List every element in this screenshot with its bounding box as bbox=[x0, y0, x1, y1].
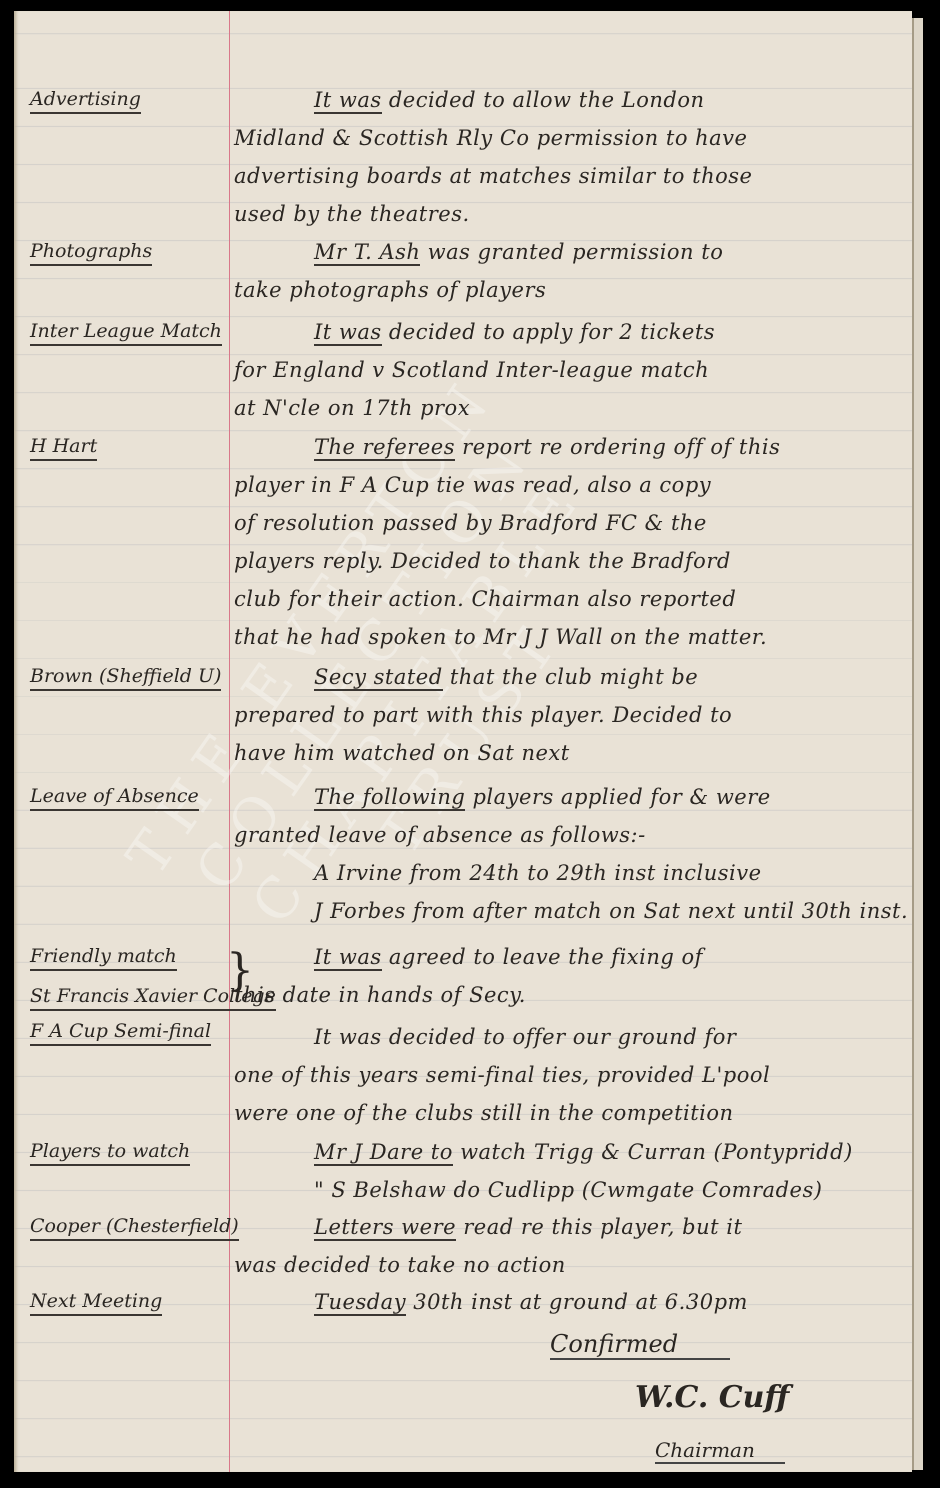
minute-line: granted leave of absence as follows:- bbox=[234, 823, 904, 847]
minute-line: this date in hands of Secy. bbox=[234, 983, 904, 1007]
side-heading: F A Cup Semi-final bbox=[30, 1020, 230, 1046]
side-heading-label: Players to watch bbox=[30, 1140, 190, 1166]
minute-line: Midland & Scottish Rly Co permission to … bbox=[234, 126, 904, 150]
side-heading: Friendly match bbox=[30, 945, 230, 971]
minute-line: Mr T. Ash was granted permission to bbox=[234, 240, 940, 264]
page-edge bbox=[912, 18, 923, 1470]
underlined-lead: Mr J Dare to bbox=[314, 1140, 453, 1166]
side-heading-label: Advertising bbox=[30, 88, 141, 114]
side-heading-label: Friendly match bbox=[30, 945, 177, 971]
minute-line: The following players applied for & were bbox=[234, 785, 940, 809]
minute-line: at N'cle on 17th prox bbox=[234, 396, 904, 420]
side-heading: Leave of Absence bbox=[30, 785, 230, 811]
side-heading-label: Next Meeting bbox=[30, 1290, 162, 1316]
minute-line: club for their action. Chairman also rep… bbox=[234, 587, 904, 611]
minute-line: Tuesday 30th inst at ground at 6.30pm bbox=[234, 1290, 940, 1314]
minute-line: Letters were read re this player, but it bbox=[234, 1215, 940, 1239]
brace-glyph: } bbox=[226, 945, 254, 996]
underlined-lead: Secy stated bbox=[314, 665, 443, 691]
underlined-lead: The referees bbox=[314, 435, 455, 461]
side-heading-label: H Hart bbox=[30, 435, 97, 461]
side-heading-label: Leave of Absence bbox=[30, 785, 199, 811]
underlined-lead: Letters were bbox=[314, 1215, 456, 1241]
minute-line: prepared to part with this player. Decid… bbox=[234, 703, 904, 727]
minute-line: were one of the clubs still in the compe… bbox=[234, 1101, 904, 1125]
minute-line: It was agreed to leave the fixing of bbox=[234, 945, 940, 969]
minute-line: J Forbes from after match on Sat next un… bbox=[234, 899, 940, 923]
underlined-lead: The following bbox=[314, 785, 465, 811]
side-heading-label: Cooper (Chesterfield) bbox=[30, 1215, 239, 1241]
underlined-lead: Mr T. Ash bbox=[314, 240, 420, 266]
minute-line: player in F A Cup tie was read, also a c… bbox=[234, 473, 904, 497]
minute-line: that he had spoken to Mr J J Wall on the… bbox=[234, 625, 904, 649]
minute-line: used by the theatres. bbox=[234, 202, 904, 226]
side-heading: Brown (Sheffield U) bbox=[30, 665, 230, 691]
underlined-lead: It was bbox=[314, 88, 382, 114]
side-heading: Advertising bbox=[30, 88, 230, 114]
side-heading: H Hart bbox=[30, 435, 230, 461]
side-heading-label: Brown (Sheffield U) bbox=[30, 665, 221, 691]
minute-line: take photographs of players bbox=[234, 278, 904, 302]
minute-line: advertising boards at matches similar to… bbox=[234, 164, 904, 188]
side-heading-label: Inter League Match bbox=[30, 320, 222, 346]
minute-line: Secy stated that the club might be bbox=[234, 665, 940, 689]
minute-line: It was decided to allow the London bbox=[234, 88, 940, 112]
side-heading: Players to watch bbox=[30, 1140, 230, 1166]
minute-line: " S Belshaw do Cudlipp (Cwmgate Comrades… bbox=[234, 1178, 940, 1202]
minute-line: for England v Scotland Inter-league matc… bbox=[234, 358, 904, 382]
minute-line: players reply. Decided to thank the Brad… bbox=[234, 549, 904, 573]
side-heading: Cooper (Chesterfield) bbox=[30, 1215, 230, 1241]
underlined-lead: It was bbox=[314, 945, 382, 971]
chairman-signature: W.C. Cuff bbox=[635, 1380, 789, 1415]
underlined-lead: Tuesday bbox=[314, 1290, 406, 1316]
underlined-lead: It was bbox=[314, 320, 382, 346]
minute-line: one of this years semi-final ties, provi… bbox=[234, 1063, 904, 1087]
side-heading-label: F A Cup Semi-final bbox=[30, 1020, 211, 1046]
minute-line: It was decided to apply for 2 tickets bbox=[234, 320, 940, 344]
minute-line: of resolution passed by Bradford FC & th… bbox=[234, 511, 904, 535]
confirmed-label: Confirmed bbox=[550, 1330, 730, 1360]
minute-line: have him watched on Sat next bbox=[234, 741, 904, 765]
side-heading-label: Photographs bbox=[30, 240, 152, 266]
chairman-title: Chairman bbox=[655, 1438, 785, 1464]
minute-line: It was decided to offer our ground for bbox=[234, 1025, 940, 1049]
minute-line: Mr J Dare to watch Trigg & Curran (Ponty… bbox=[234, 1140, 940, 1164]
side-heading: Inter League Match bbox=[30, 320, 230, 346]
minute-line: A Irvine from 24th to 29th inst inclusiv… bbox=[234, 861, 940, 885]
minute-line: The referees report re ordering off of t… bbox=[234, 435, 940, 459]
minute-line: was decided to take no action bbox=[234, 1253, 904, 1277]
side-heading: Photographs bbox=[30, 240, 230, 266]
side-heading: St Francis Xavier College bbox=[30, 985, 230, 1011]
side-heading: Next Meeting bbox=[30, 1290, 230, 1316]
red-margin-line bbox=[229, 11, 230, 1472]
